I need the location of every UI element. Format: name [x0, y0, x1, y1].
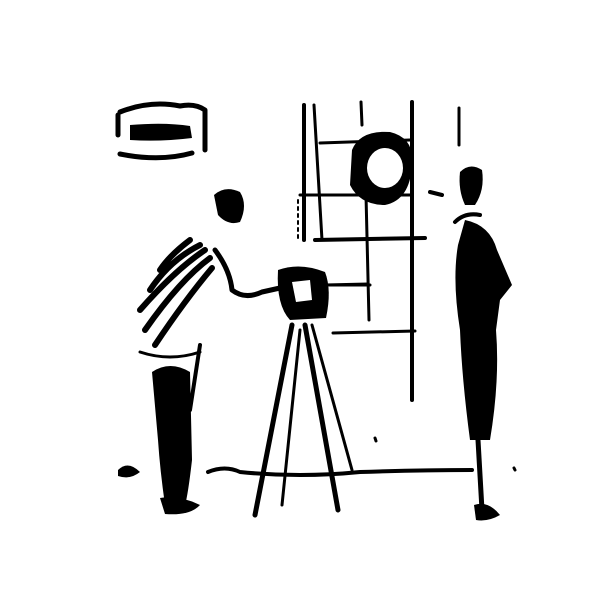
floor-line	[208, 438, 515, 475]
standing-model	[455, 166, 512, 520]
round-lamp	[350, 132, 442, 205]
camera	[278, 266, 368, 320]
sketch-illustration	[0, 0, 600, 600]
tripod	[255, 325, 352, 515]
photographer	[118, 189, 280, 514]
wall-sign	[118, 104, 205, 158]
